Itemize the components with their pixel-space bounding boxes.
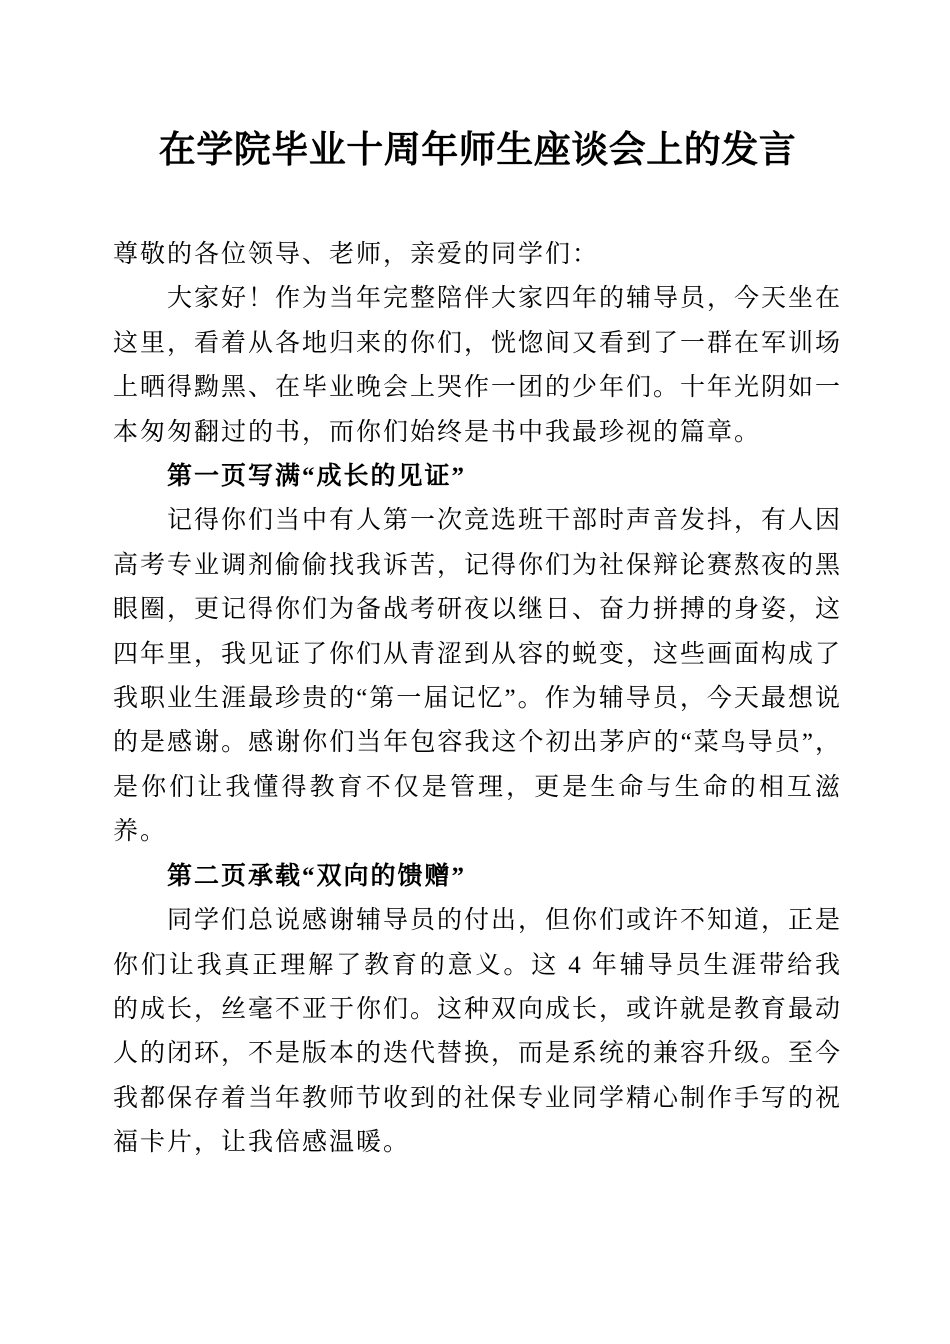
salutation-line: 尊敬的各位领导、老师，亲爱的同学们： <box>113 233 842 277</box>
paragraph-section-1: 记得你们当中有人第一次竞选班干部时声音发抖，有人因高考专业调剂偷偷找我诉苦，记得… <box>113 499 842 854</box>
document-page: 在学院毕业十周年师生座谈会上的发言 尊敬的各位领导、老师，亲爱的同学们： 大家好… <box>0 0 950 1344</box>
section-heading-2: 第二页承载“双向的馈赠” <box>113 855 842 899</box>
paragraph-opening: 大家好！作为当年完整陪伴大家四年的辅导员，今天坐在这里，看着从各地归来的你们，恍… <box>113 277 842 455</box>
section-heading-1: 第一页写满“成长的见证” <box>113 455 842 499</box>
paragraph-section-2: 同学们总说感谢辅导员的付出，但你们或许不知道，正是你们让我真正理解了教育的意义。… <box>113 899 842 1165</box>
document-title: 在学院毕业十周年师生座谈会上的发言 <box>113 125 842 177</box>
